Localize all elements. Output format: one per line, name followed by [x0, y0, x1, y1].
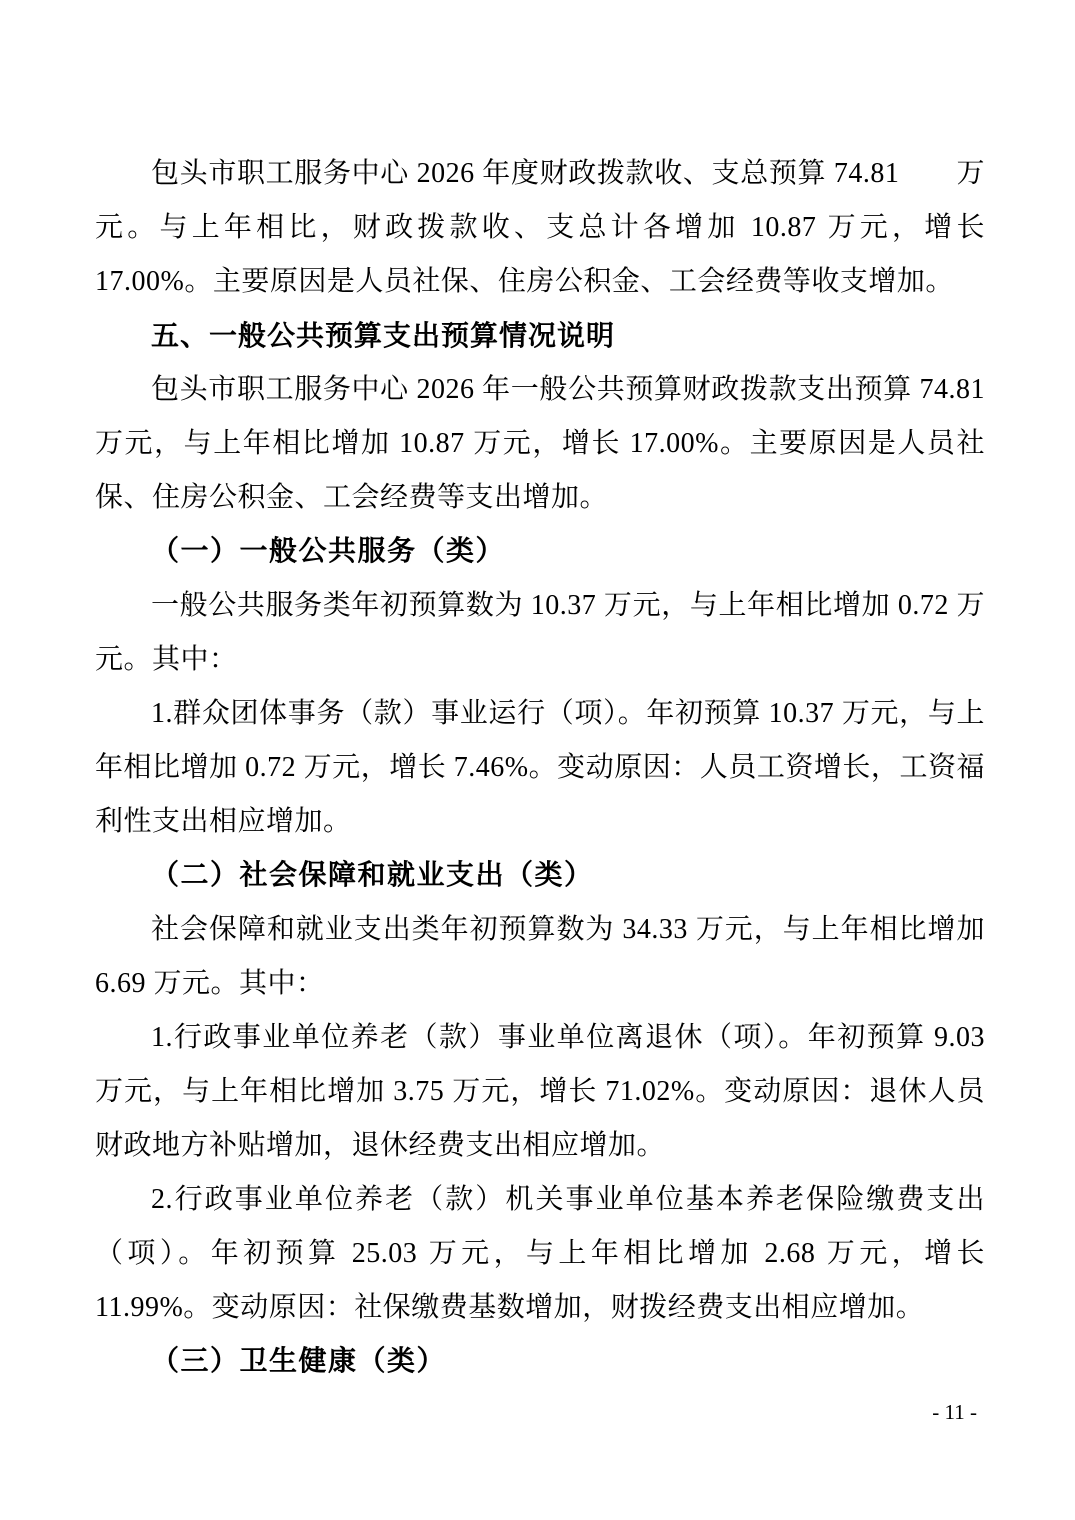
- heading-class-two-social-security-employment: （二）社会保障和就业支出（类）: [95, 849, 985, 903]
- paragraph-item-institution-retirement: 1.行政事业单位养老（款）事业单位离退休（项）。年初预算 9.03 万元，与上年…: [95, 1011, 985, 1173]
- heading-class-one-general-public-service: （一）一般公共服务（类）: [95, 525, 985, 579]
- paragraph-total-fiscal-budget: 包头市职工服务中心 2026 年度财政拨款收、支总预算 74.81 万元。与上年…: [95, 147, 985, 309]
- page-number: - 11 -: [932, 1399, 977, 1425]
- heading-class-three-health: （三）卫生健康（类）: [95, 1335, 985, 1389]
- paragraph-social-security-budget: 社会保障和就业支出类年初预算数为 34.33 万元，与上年相比增加 6.69 万…: [95, 903, 985, 1011]
- document-page: 包头市职工服务中心 2026 年度财政拨款收、支总预算 74.81 万元。与上年…: [0, 0, 1075, 1520]
- paragraph-item-basic-pension-contribution: 2.行政事业单位养老（款）机关事业单位基本养老保险缴费支出（项）。年初预算 25…: [95, 1173, 985, 1335]
- paragraph-general-public-budget-expenditure: 包头市职工服务中心 2026 年一般公共预算财政拨款支出预算 74.81 万元，…: [95, 363, 985, 525]
- document-body: 包头市职工服务中心 2026 年度财政拨款收、支总预算 74.81 万元。与上年…: [95, 147, 985, 1389]
- heading-section-five-expenditure-explanation: 五、一般公共预算支出预算情况说明: [95, 309, 985, 363]
- paragraph-general-public-service-budget: 一般公共服务类年初预算数为 10.37 万元，与上年相比增加 0.72 万元。其…: [95, 579, 985, 687]
- paragraph-item-mass-organization-affairs: 1.群众团体事务（款）事业运行（项）。年初预算 10.37 万元，与上年相比增加…: [95, 687, 985, 849]
